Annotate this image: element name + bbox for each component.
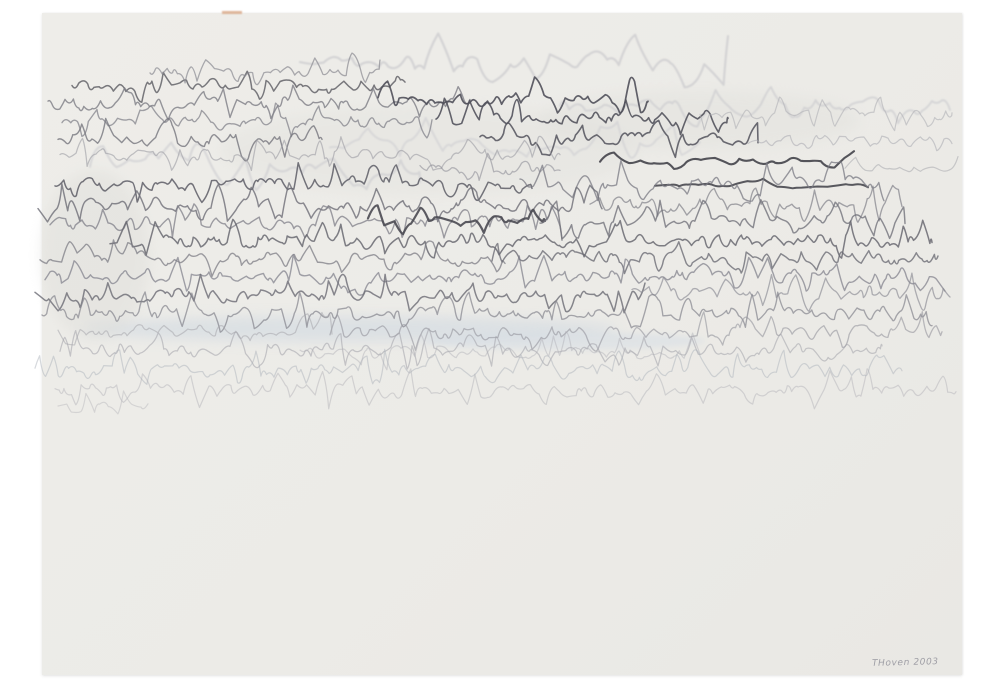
artist-signature: THoven 2003	[872, 657, 939, 669]
scribble-line	[300, 34, 728, 88]
scribble-line	[55, 369, 956, 409]
scribble-line	[35, 349, 902, 384]
photo-of-artwork: THoven 2003	[0, 0, 1000, 689]
scribble-line	[845, 157, 958, 172]
scribble-line	[590, 185, 902, 222]
scribble-line	[150, 53, 380, 84]
scribble-drawing	[0, 0, 1000, 689]
wash-mark	[222, 11, 242, 14]
scribble-line	[110, 219, 932, 258]
scribble-layer	[35, 34, 958, 414]
scribble-line	[72, 71, 405, 102]
scribble-line	[632, 273, 950, 311]
scribble-line	[492, 242, 938, 274]
